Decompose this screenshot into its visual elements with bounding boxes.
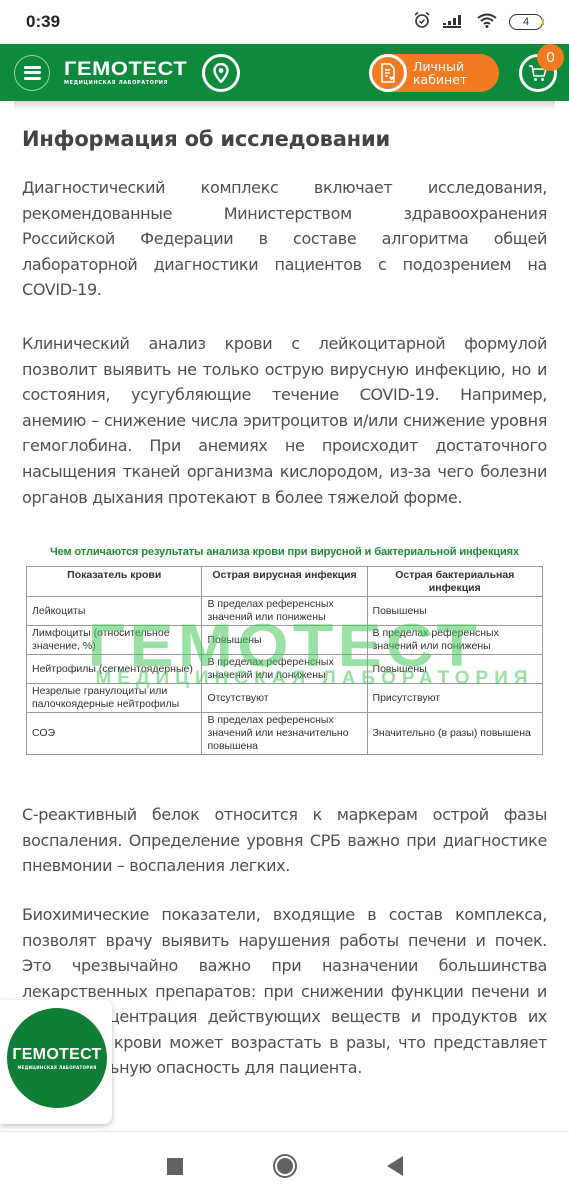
article-paragraph: Диагностический комплекс включает исслед… [22, 175, 547, 303]
map-pin-icon [213, 63, 229, 83]
brand-name: ГЕМОТЕСТ [64, 60, 187, 79]
table-cell: Лимфоциты (относительное значение, %) [27, 626, 202, 655]
table-row: Незрелые гранулоциты или палочкоядерные … [27, 684, 543, 713]
recents-button[interactable] [167, 1158, 183, 1175]
cart-count-badge: 0 [537, 44, 564, 71]
table-cell: Незрелые гранулоциты или палочкоядерные … [27, 684, 202, 713]
comparison-table-image: Чем отличаются результаты анализа крови … [22, 546, 547, 755]
table-cell: Повышены [202, 626, 367, 655]
status-time: 0:39 [26, 12, 60, 32]
table-cell: СОЭ [27, 713, 202, 755]
personal-cabinet-label: Личный кабинет [413, 60, 467, 86]
article-content: Информация об исследовании Диагностическ… [0, 127, 569, 1081]
status-bar: 0:39 4 [0, 0, 569, 44]
header-shadow [14, 101, 555, 109]
table-row: Лимфоциты (относительное значение, %) По… [27, 626, 543, 655]
table-title: Чем отличаются результаты анализа крови … [26, 546, 543, 558]
hamburger-icon [24, 66, 41, 80]
location-button[interactable] [202, 54, 240, 92]
back-button[interactable] [387, 1156, 403, 1176]
table-cell: В пределах референсных значений или пони… [202, 597, 367, 626]
signal-icon [443, 13, 465, 32]
table-cell: Лейкоциты [27, 597, 202, 626]
alarm-icon [413, 11, 431, 33]
menu-button[interactable] [14, 55, 50, 91]
brand-subtitle: МЕДИЦИНСКАЯ ЛАБОРАТОРИЯ [64, 81, 171, 86]
system-nav-bar [0, 1131, 569, 1200]
floating-brand-name: ГЕМОТЕСТ [12, 1047, 101, 1063]
battery-icon: 4 [509, 14, 543, 30]
app-header: ГЕМОТЕСТ МЕДИЦИНСКАЯ ЛАБОРАТОРИЯ Личный … [0, 44, 569, 101]
comparison-table: Показатель крови Острая вирусная инфекци… [26, 566, 543, 755]
table-header-row: Показатель крови Острая вирусная инфекци… [27, 567, 543, 597]
personal-cabinet-button[interactable]: Личный кабинет [369, 54, 499, 92]
home-icon [277, 1158, 293, 1174]
home-button[interactable] [273, 1154, 297, 1178]
table-row: СОЭ В пределах референсных значений или … [27, 713, 543, 755]
table-cell: Повышены [367, 597, 542, 626]
floating-brand-logo: ГЕМОТЕСТ МЕДИЦИНСКАЯ ЛАБОРАТОРИЯ [7, 1008, 107, 1108]
status-icons: 4 [413, 11, 543, 33]
table-cell: Присутствуют [367, 684, 542, 713]
wifi-icon [477, 13, 497, 32]
article-paragraph: С-реактивный белок относится к маркерам … [22, 802, 547, 879]
table-cell: В пределах референсных значений или пони… [202, 655, 367, 684]
table-cell: Повышены [367, 655, 542, 684]
table-cell: В пределах референсных значений или пони… [367, 626, 542, 655]
brand-logo[interactable]: ГЕМОТЕСТ МЕДИЦИНСКАЯ ЛАБОРАТОРИЯ [64, 60, 171, 86]
table-cell: Отсутствуют [202, 684, 367, 713]
table-row: Нейтрофилы (сегментоядерные) В пределах … [27, 655, 543, 684]
document-heart-icon [369, 54, 407, 92]
table-cell: В пределах референсных значений или незн… [202, 713, 367, 755]
article-paragraph: Клинический анализ крови с лейкоцитарной… [22, 331, 547, 510]
cart-button[interactable]: 0 [519, 54, 557, 92]
table-cell: Нейтрофилы (сегментоядерные) [27, 655, 202, 684]
table-header-cell: Острая бактериальная инфекция [367, 567, 542, 597]
table-cell: Значительно (в разы) повышена [367, 713, 542, 755]
table-header-cell: Острая вирусная инфекция [202, 567, 367, 597]
floating-brand-widget[interactable]: ГЕМОТЕСТ МЕДИЦИНСКАЯ ЛАБОРАТОРИЯ [0, 1000, 112, 1124]
table-header-cell: Показатель крови [27, 567, 202, 597]
table-row: Лейкоциты В пределах референсных значени… [27, 597, 543, 626]
page-title: Информация об исследовании [22, 127, 547, 151]
floating-brand-subtitle: МЕДИЦИНСКАЯ ЛАБОРАТОРИЯ [17, 1065, 96, 1070]
